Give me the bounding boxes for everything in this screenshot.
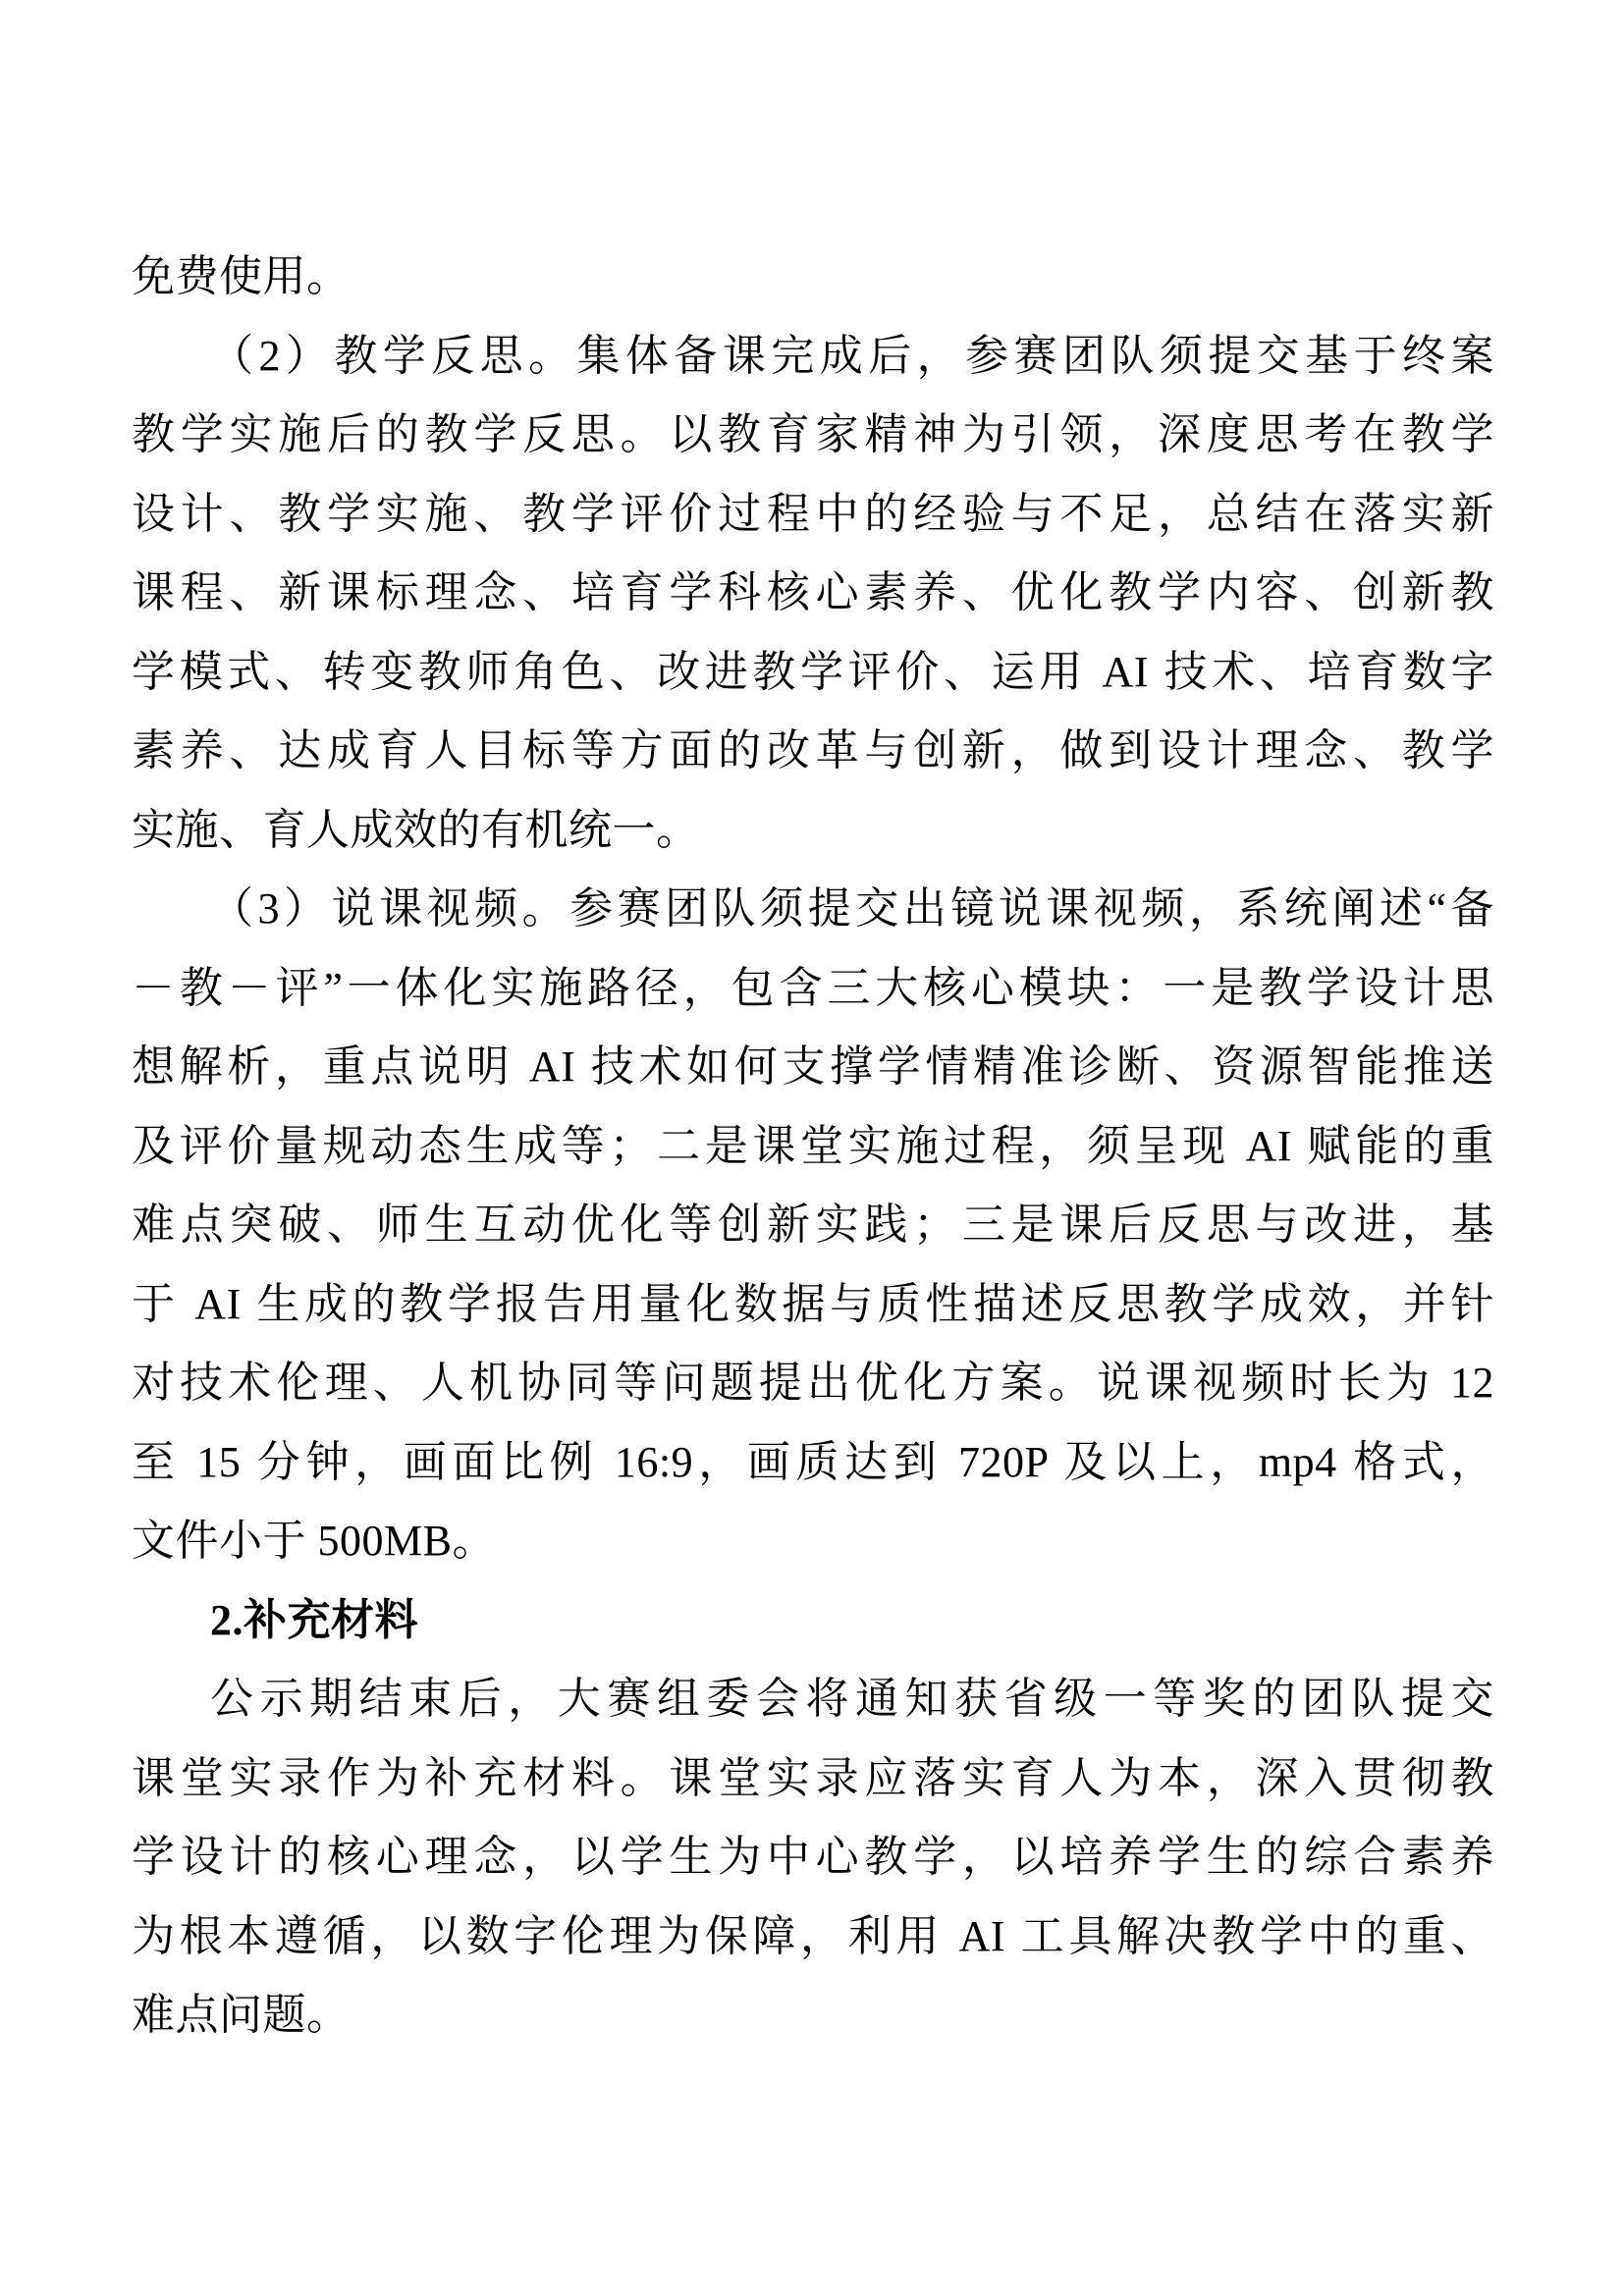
section-heading: 2.补充材料 xyxy=(132,1581,1494,1661)
text-line: 及评价量规动态生成等；二是课堂实施过程，须呈现 AI 赋能的重 xyxy=(132,1107,1494,1187)
text-line: 公示期结束后，大赛组委会将通知获省级一等奖的团队提交 xyxy=(132,1660,1494,1739)
text-line: 文件小于 500MB。 xyxy=(132,1502,1494,1581)
document-page: 免费使用。 （2）教学反思。集体备课完成后，参赛团队须提交基于终案 教学实施后的… xyxy=(0,0,1624,2296)
text-line: 想解析，重点说明 AI 技术如何支撑学情精准诊断、资源智能推送 xyxy=(132,1028,1494,1107)
text-line: 难点突破、师生互动优化等创新实践；三是课后反思与改进，基 xyxy=(132,1186,1494,1265)
text-line: 为根本遵循，以数字伦理为保障，利用 AI 工具解决教学中的重、 xyxy=(132,1897,1494,1977)
text-line: 于 AI 生成的教学报告用量化数据与质性描述反思教学成效，并针 xyxy=(132,1265,1494,1345)
text-line: 对技术伦理、人机协同等问题提出优化方案。说课视频时长为 12 xyxy=(132,1344,1494,1423)
text-line: （2）教学反思。集体备课完成后，参赛团队须提交基于终案 xyxy=(132,317,1494,397)
text-line: 素养、达成育人目标等方面的改革与创新，做到设计理念、教学 xyxy=(132,712,1494,791)
text-line: 教学实施后的教学反思。以教育家精神为引领，深度思考在教学 xyxy=(132,396,1494,475)
text-line: 至 15 分钟，画面比例 16:9，画质达到 720P 及以上，mp4 格式， xyxy=(132,1423,1494,1503)
text-line: 设计、教学实施、教学评价过程中的经验与不足，总结在落实新 xyxy=(132,475,1494,555)
document-text-block: 免费使用。 （2）教学反思。集体备课完成后，参赛团队须提交基于终案 教学实施后的… xyxy=(132,238,1494,2056)
text-line: 学设计的核心理念，以学生为中心教学，以培养学生的综合素养 xyxy=(132,1818,1494,1897)
text-line: 学模式、转变教师角色、改进教学评价、运用 AI 技术、培育数字 xyxy=(132,633,1494,713)
text-line: 课程、新课标理念、培育学科核心素养、优化教学内容、创新教 xyxy=(132,554,1494,633)
text-line: －教－评”一体化实施路径，包含三大核心模块：一是教学设计思 xyxy=(132,949,1494,1029)
text-line: 难点问题。 xyxy=(132,1976,1494,2056)
text-line: （3）说课视频。参赛团队须提交出镜说课视频，系统阐述“备 xyxy=(132,870,1494,949)
text-line: 课堂实录作为补充材料。课堂实录应落实育人为本，深入贯彻教 xyxy=(132,1739,1494,1819)
text-line: 实施、育人成效的有机统一。 xyxy=(132,791,1494,871)
text-line: 免费使用。 xyxy=(132,238,1494,317)
